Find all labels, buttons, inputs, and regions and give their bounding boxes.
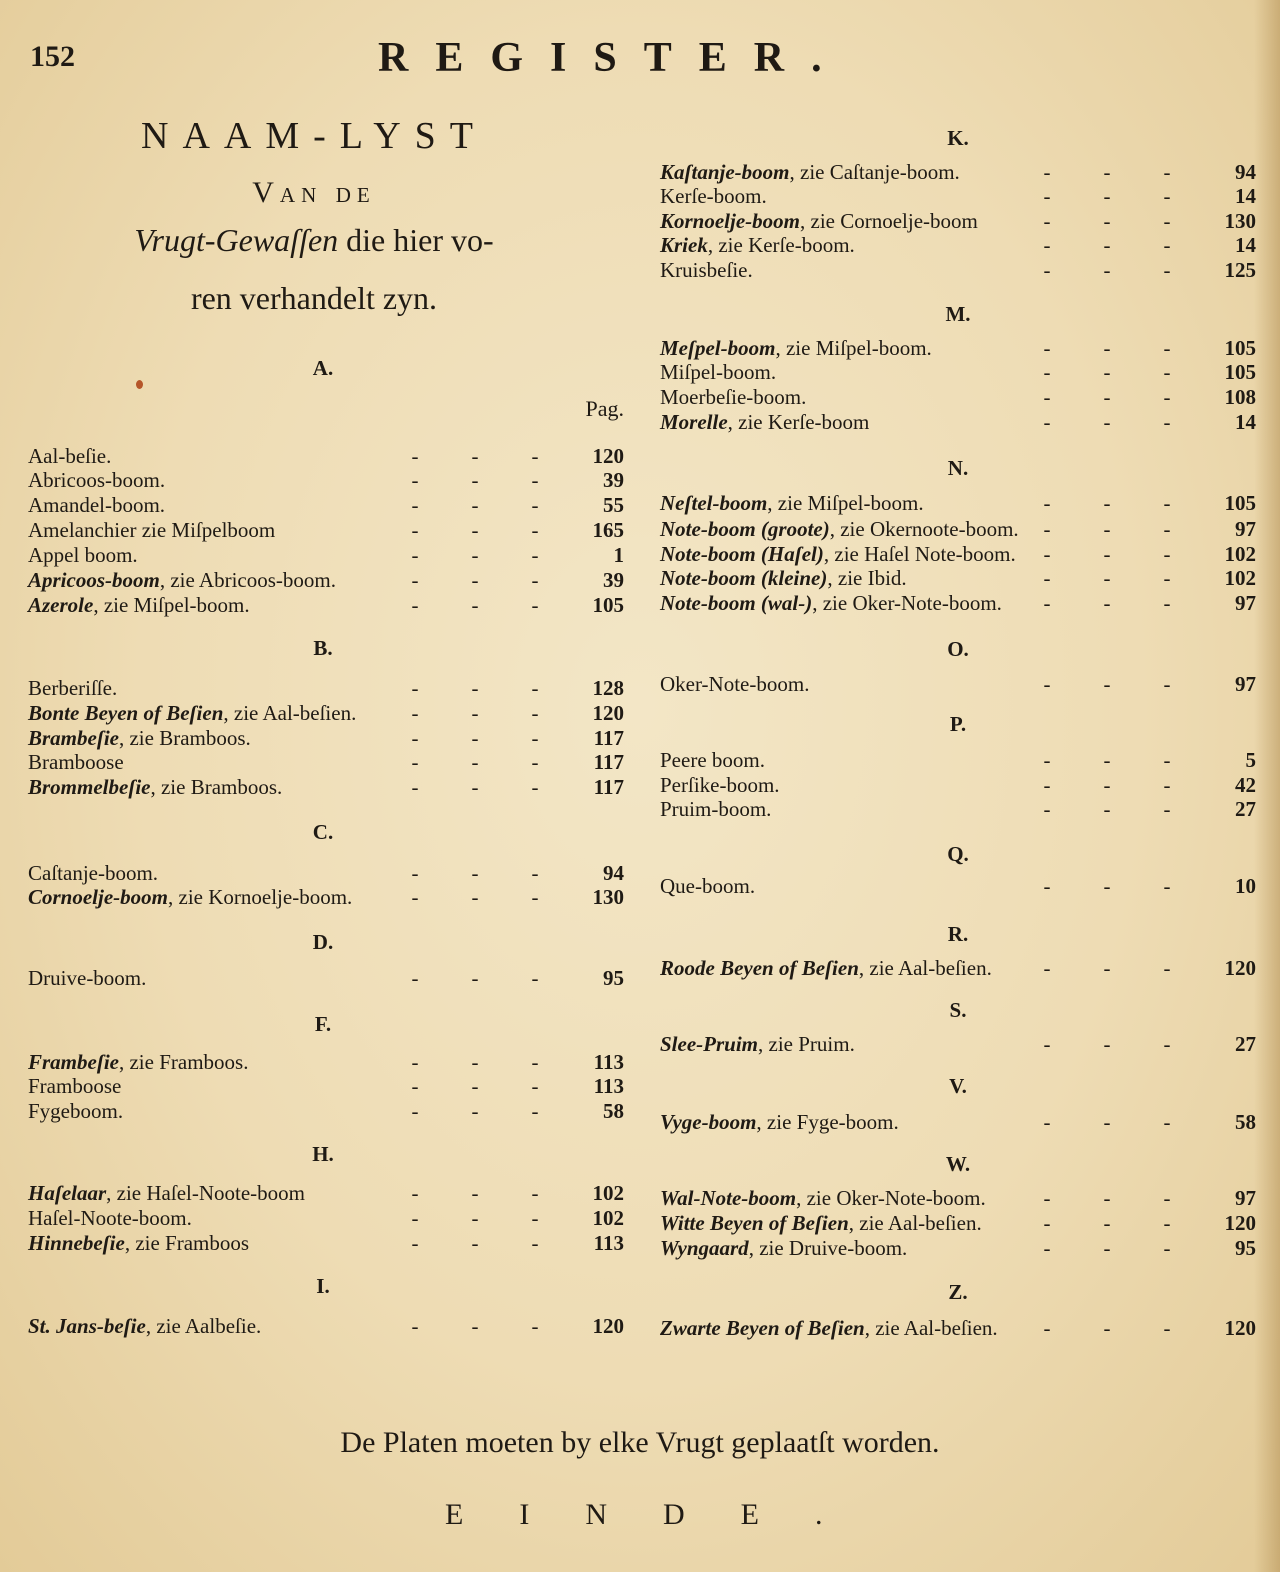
entry-italic-name: Slee-Pruim (660, 1032, 758, 1056)
entry-label: Pruim-boom. (660, 797, 771, 821)
entry-italic-name: Note-boom (Haſel) (660, 542, 824, 566)
entry-reference: , zie Aalbeſie. (146, 1314, 261, 1338)
entry-label: Amelanchier zie Miſpelboom (28, 518, 275, 542)
entry-name: Framboose (28, 1074, 121, 1098)
entry-label: Abricoos-boom. (28, 468, 165, 492)
entry-page-number: 113 (594, 1050, 624, 1074)
entry-italic-name: Kornoelje-boom (660, 209, 800, 233)
section-letter: P. (660, 712, 1256, 737)
section-letter: K. (660, 126, 1256, 151)
entry-reference: , zie Bramboos. (119, 726, 251, 750)
entry-label: Cornoelje-boom, zie Kornoelje-boom. (28, 885, 352, 909)
entry-name: Peere boom. (660, 748, 765, 772)
footer-note: De Platen moeten by elke Vrugt geplaatſt… (0, 1426, 1280, 1460)
index-entry: ---Haſel-Noote-boom.102 (28, 1206, 624, 1230)
entry-label: Druive-boom. (28, 966, 146, 990)
entry-italic-name: Roode Beyen of Beſien (660, 956, 859, 980)
index-entry: ---Amelanchier zie Miſpelboom165 (28, 518, 624, 542)
einde-label: EINDE. (445, 1498, 878, 1532)
entry-name: Moerbeſie-boom. (660, 385, 806, 409)
entry-name: Perſike-boom. (660, 773, 780, 797)
entry-italic-name: Wyngaard (660, 1236, 749, 1260)
index-entry: ---Perſike-boom.42 (660, 773, 1256, 797)
section-letter: I. (23, 1274, 623, 1299)
index-entry: ---Brommelbeſie, zie Bramboos.117 (28, 775, 624, 799)
entry-name: Fygeboom. (28, 1099, 123, 1123)
entry-label: Vyge-boom, zie Fyge-boom. (660, 1110, 899, 1134)
entry-label: Perſike-boom. (660, 773, 780, 797)
index-entry: ---Kruisbeſie.125 (660, 258, 1256, 282)
entry-label: Moerbeſie-boom. (660, 385, 806, 409)
entry-italic-name: Neſtel-boom (660, 491, 767, 515)
section-letter: F. (23, 1012, 623, 1037)
entry-label: Apricoos-boom, zie Abricoos-boom. (28, 568, 336, 592)
entry-page-number: 97 (1235, 1186, 1256, 1210)
index-entry: ---Kaſtanje-boom, zie Caſtanje-boom.94 (660, 160, 1256, 184)
entry-italic-name: Note-boom (groote) (660, 517, 830, 541)
entry-page-number: 14 (1235, 184, 1256, 208)
entry-reference: , zie Framboos (125, 1231, 249, 1255)
entry-italic-name: Kriek (660, 233, 708, 257)
entry-page-number: 165 (593, 518, 625, 542)
entry-label: Bramboose (28, 750, 124, 774)
entry-page-number: 94 (603, 861, 624, 885)
index-entry: ---Note-boom (Haſel), zie Haſel Note-boo… (660, 542, 1256, 566)
index-entry: ---Fygeboom.58 (28, 1099, 624, 1123)
entry-page-number: 97 (1235, 591, 1256, 615)
entry-label: Framboose (28, 1074, 121, 1098)
entry-italic-name: Apricoos-boom (28, 568, 160, 592)
entry-label: Amandel-boom. (28, 493, 165, 517)
entry-reference: , zie Aal-beſien. (849, 1211, 982, 1235)
entry-label: Morelle, zie Kerſe-boom (660, 410, 869, 434)
index-entry: ---Zwarte Beyen of Beſien, zie Aal-beſie… (660, 1316, 1256, 1340)
entry-page-number: 113 (594, 1231, 624, 1255)
entry-reference: , zie Miſpel-boom. (775, 336, 931, 360)
entry-page-number: 117 (594, 750, 624, 774)
index-entry: ---Miſpel-boom.105 (660, 360, 1256, 384)
entry-label: Bonte Beyen of Beſien, zie Aal-beſien. (28, 701, 356, 725)
index-entry: ---Hinnebeſie, zie Framboos113 (28, 1231, 624, 1255)
index-entry: ---Druive-boom.95 (28, 966, 624, 990)
entry-page-number: 102 (1225, 566, 1257, 590)
entry-name: Que-boom. (660, 874, 755, 898)
entry-italic-name: Frambeſie (28, 1050, 119, 1074)
entry-reference: , zie Okernoote-boom. (830, 517, 1019, 541)
entry-page-number: 97 (1235, 517, 1256, 541)
index-entry: ---Peere boom.5 (660, 748, 1256, 772)
entry-reference: , zie Oker-Note-boom. (812, 591, 1002, 615)
entry-italic-name: Witte Beyen of Beſien (660, 1211, 849, 1235)
entry-italic-name: Morelle (660, 410, 728, 434)
section-letter: D. (23, 930, 623, 955)
left-column: Pag. A.---Aal-beſie.120---Abricoos-boom.… (28, 0, 624, 1400)
entry-name: Kerſe-boom. (660, 184, 767, 208)
entry-label: Roode Beyen of Beſien, zie Aal-beſien. (660, 956, 992, 980)
entry-reference: , zie Pruim. (758, 1032, 855, 1056)
entry-reference: , zie Haſel Note-boom. (824, 542, 1016, 566)
entry-italic-name: Note-boom (kleine) (660, 566, 827, 590)
index-entry: ---St. Jans-beſie, zie Aalbeſie.120 (28, 1314, 624, 1338)
entry-label: Hinnebeſie, zie Framboos (28, 1231, 249, 1255)
entry-label: Oker-Note-boom. (660, 672, 809, 696)
entry-label: Fygeboom. (28, 1099, 123, 1123)
entry-name: Appel boom. (28, 543, 138, 567)
entry-label: Wal-Note-boom, zie Oker-Note-boom. (660, 1186, 986, 1210)
index-entry: ---Neſtel-boom, zie Miſpel-boom.105 (660, 491, 1256, 515)
index-entry: ---Haſelaar, zie Haſel-Noote-boom102 (28, 1181, 624, 1205)
entry-label: Caſtanje-boom. (28, 861, 158, 885)
section-letter: S. (660, 998, 1256, 1023)
entry-label: Azerole, zie Miſpel-boom. (28, 593, 250, 617)
entry-italic-name: Wal-Note-boom (660, 1186, 796, 1210)
entry-page-number: 105 (1225, 491, 1257, 515)
entry-page-number: 108 (1225, 385, 1257, 409)
entry-label: Note-boom (kleine), zie Ibid. (660, 566, 907, 590)
index-entry: ---Appel boom.1 (28, 543, 624, 567)
entry-label: Aal-beſie. (28, 444, 111, 468)
entry-page-number: 117 (594, 726, 624, 750)
entry-italic-name: Brommelbeſie (28, 775, 150, 799)
entry-page-number: 120 (593, 444, 625, 468)
entry-reference: , zie Haſel-Noote-boom (106, 1181, 305, 1205)
index-entry: ---Oker-Note-boom.97 (660, 672, 1256, 696)
entry-page-number: 113 (594, 1074, 624, 1098)
index-entry: ---Kriek, zie Kerſe-boom.14 (660, 233, 1256, 257)
entry-label: Que-boom. (660, 874, 755, 898)
entry-label: Kaſtanje-boom, zie Caſtanje-boom. (660, 160, 960, 184)
entry-name: Pruim-boom. (660, 797, 771, 821)
page-edge-shadow (1254, 0, 1280, 1572)
entry-label: Slee-Pruim, zie Pruim. (660, 1032, 855, 1056)
index-entry: ---Wal-Note-boom, zie Oker-Note-boom.97 (660, 1186, 1256, 1210)
entry-name: Aal-beſie. (28, 444, 111, 468)
entry-label: Brommelbeſie, zie Bramboos. (28, 775, 282, 799)
index-entry: ---Que-boom.10 (660, 874, 1256, 898)
entry-page-number: 27 (1235, 1032, 1256, 1056)
section-letter: A. (23, 356, 623, 381)
entry-label: Meſpel-boom, zie Miſpel-boom. (660, 336, 932, 360)
entry-page-number: 130 (1225, 209, 1257, 233)
entry-italic-name: Meſpel-boom (660, 336, 775, 360)
entry-page-number: 95 (1235, 1236, 1256, 1260)
entry-page-number: 94 (1235, 160, 1256, 184)
index-entry: ---Witte Beyen of Beſien, zie Aal-beſien… (660, 1211, 1256, 1235)
index-entry: ---Aal-beſie.120 (28, 444, 624, 468)
entry-name: Druive-boom. (28, 966, 146, 990)
section-letter: H. (23, 1142, 623, 1167)
entry-italic-name: Kaſtanje-boom (660, 160, 790, 184)
entry-page-number: 120 (1225, 956, 1257, 980)
entry-label: Kriek, zie Kerſe-boom. (660, 233, 855, 257)
section-letter: O. (660, 637, 1256, 662)
entry-page-number: 14 (1235, 233, 1256, 257)
entry-page-number: 105 (1225, 336, 1257, 360)
entry-page-number: 39 (603, 468, 624, 492)
entry-reference: , zie Kornoelje-boom. (168, 885, 352, 909)
entry-page-number: 102 (593, 1181, 625, 1205)
entry-label: Kornoelje-boom, zie Cornoelje-boom (660, 209, 978, 233)
index-entry: ---Slee-Pruim, zie Pruim.27 (660, 1032, 1256, 1056)
entry-page-number: 102 (1225, 542, 1257, 566)
entry-italic-name: Vyge-boom (660, 1110, 756, 1134)
entry-page-number: 120 (593, 1314, 625, 1338)
section-letter: B. (23, 636, 623, 661)
entry-page-number: 105 (593, 593, 625, 617)
entry-name: Oker-Note-boom. (660, 672, 809, 696)
section-letter: N. (660, 456, 1256, 481)
index-entry: ---Note-boom (groote), zie Okernoote-boo… (660, 517, 1256, 541)
entry-reference: , zie Aal-beſien. (223, 701, 356, 725)
entry-italic-name: Azerole (28, 593, 93, 617)
index-entry: ---Apricoos-boom, zie Abricoos-boom.39 (28, 568, 624, 592)
entry-page-number: 55 (603, 493, 624, 517)
entry-italic-name: St. Jans-beſie (28, 1314, 146, 1338)
index-entry: ---Amandel-boom.55 (28, 493, 624, 517)
entry-reference: , zie Fyge-boom. (756, 1110, 898, 1134)
entry-italic-name: Hinnebeſie (28, 1231, 125, 1255)
index-entry: ---Abricoos-boom.39 (28, 468, 624, 492)
entry-reference: , zie Miſpel-boom. (767, 491, 923, 515)
index-entry: ---Morelle, zie Kerſe-boom14 (660, 410, 1256, 434)
index-entry: ---Cornoelje-boom, zie Kornoelje-boom.13… (28, 885, 624, 909)
entry-label: Zwarte Beyen of Beſien, zie Aal-beſien. (660, 1316, 998, 1340)
entry-name: Miſpel-boom. (660, 360, 776, 384)
entry-name: Berberiſſe. (28, 676, 117, 700)
pag-label: Pag. (586, 396, 625, 422)
entry-reference: , zie Ibid. (827, 566, 906, 590)
entry-page-number: 14 (1235, 410, 1256, 434)
entry-page-number: 10 (1235, 874, 1256, 898)
entry-reference: , zie Cornoelje-boom (800, 209, 978, 233)
entry-label: Haſel-Noote-boom. (28, 1206, 192, 1230)
entry-label: Wyngaard, zie Druive-boom. (660, 1236, 907, 1260)
entry-label: Brambeſie, zie Bramboos. (28, 726, 251, 750)
entry-name: Abricoos-boom. (28, 468, 165, 492)
entry-page-number: 120 (1225, 1211, 1257, 1235)
entry-page-number: 105 (1225, 360, 1257, 384)
section-letter: Q. (660, 842, 1256, 867)
entry-page-number: 125 (1225, 258, 1257, 282)
entry-page-number: 42 (1235, 773, 1256, 797)
entry-reference: , zie Aal-beſien. (859, 956, 992, 980)
index-entry: ---Wyngaard, zie Druive-boom.95 (660, 1236, 1256, 1260)
entry-name: Haſel-Noote-boom. (28, 1206, 192, 1230)
entry-name: Caſtanje-boom. (28, 861, 158, 885)
entry-page-number: 120 (1225, 1316, 1257, 1340)
entry-italic-name: Cornoelje-boom (28, 885, 168, 909)
index-entry: ---Bonte Beyen of Beſien, zie Aal-beſien… (28, 701, 624, 725)
entry-reference: , zie Framboos. (119, 1050, 248, 1074)
entry-italic-name: Zwarte Beyen of Beſien (660, 1316, 865, 1340)
entry-italic-name: Haſelaar (28, 1181, 106, 1205)
entry-italic-name: Brambeſie (28, 726, 119, 750)
entry-name: Kruisbeſie. (660, 258, 753, 282)
entry-reference: , zie Miſpel-boom. (93, 593, 249, 617)
entry-label: Witte Beyen of Beſien, zie Aal-beſien. (660, 1211, 982, 1235)
entry-page-number: 128 (593, 676, 625, 700)
section-letter: V. (660, 1074, 1256, 1099)
entry-reference: , zie Kerſe-boom. (708, 233, 855, 257)
entry-name: Bramboose (28, 750, 124, 774)
index-entry: ---Vyge-boom, zie Fyge-boom.58 (660, 1110, 1256, 1134)
entry-label: Neſtel-boom, zie Miſpel-boom. (660, 491, 924, 515)
entry-label: Note-boom (wal-), zie Oker-Note-boom. (660, 591, 1002, 615)
section-letter: M. (660, 302, 1256, 327)
entry-label: Frambeſie, zie Framboos. (28, 1050, 248, 1074)
entry-label: Haſelaar, zie Haſel-Noote-boom (28, 1181, 305, 1205)
entry-reference: , zie Abricoos-boom. (160, 568, 336, 592)
entry-page-number: 58 (1235, 1110, 1256, 1134)
entry-page-number: 97 (1235, 672, 1256, 696)
index-entry: ---Kerſe-boom.14 (660, 184, 1256, 208)
entry-page-number: 1 (614, 543, 625, 567)
section-letter: R. (660, 922, 1256, 947)
entry-label: Berberiſſe. (28, 676, 117, 700)
index-entry: ---Roode Beyen of Beſien, zie Aal-beſien… (660, 956, 1256, 980)
entry-reference: , zie Bramboos. (150, 775, 282, 799)
index-entry: ---Note-boom (kleine), zie Ibid.102 (660, 566, 1256, 590)
index-entry: ---Brambeſie, zie Bramboos.117 (28, 726, 624, 750)
entry-page-number: 117 (594, 775, 624, 799)
index-entry: ---Berberiſſe.128 (28, 676, 624, 700)
entry-name: Amelanchier zie Miſpelboom (28, 518, 275, 542)
entry-label: St. Jans-beſie, zie Aalbeſie. (28, 1314, 261, 1338)
section-letter: Z. (660, 1280, 1256, 1305)
right-column: K.---Kaſtanje-boom, zie Caſtanje-boom.94… (660, 0, 1256, 1400)
entry-name: Amandel-boom. (28, 493, 165, 517)
entry-page-number: 58 (603, 1099, 624, 1123)
index-entry: ---Meſpel-boom, zie Miſpel-boom.105 (660, 336, 1256, 360)
index-entry: ---Frambeſie, zie Framboos.113 (28, 1050, 624, 1074)
entry-page-number: 102 (593, 1206, 625, 1230)
entry-page-number: 95 (603, 966, 624, 990)
index-entry: ---Azerole, zie Miſpel-boom.105 (28, 593, 624, 617)
entry-label: Note-boom (groote), zie Okernoote-boom. (660, 517, 1019, 541)
entry-label: Note-boom (Haſel), zie Haſel Note-boom. (660, 542, 1016, 566)
index-entry: ---Note-boom (wal-), zie Oker-Note-boom.… (660, 591, 1256, 615)
index-entry: ---Framboose113 (28, 1074, 624, 1098)
entry-label: Kerſe-boom. (660, 184, 767, 208)
entry-italic-name: Note-boom (wal-) (660, 591, 812, 615)
index-entry: ---Kornoelje-boom, zie Cornoelje-boom130 (660, 209, 1256, 233)
entry-page-number: 5 (1246, 748, 1257, 772)
entry-page-number: 27 (1235, 797, 1256, 821)
index-entry: ---Caſtanje-boom.94 (28, 861, 624, 885)
entry-reference: , zie Caſtanje-boom. (790, 160, 960, 184)
entry-page-number: 120 (593, 701, 625, 725)
entry-label: Miſpel-boom. (660, 360, 776, 384)
entry-label: Kruisbeſie. (660, 258, 753, 282)
entry-reference: , zie Kerſe-boom (728, 410, 870, 434)
index-entry: ---Bramboose117 (28, 750, 624, 774)
index-entry: ---Pruim-boom.27 (660, 797, 1256, 821)
entry-reference: , zie Oker-Note-boom. (796, 1186, 986, 1210)
entry-reference: , zie Aal-beſien. (865, 1316, 998, 1340)
entry-label: Peere boom. (660, 748, 765, 772)
entry-italic-name: Bonte Beyen of Beſien (28, 701, 223, 725)
entry-page-number: 39 (603, 568, 624, 592)
section-letter: C. (23, 820, 623, 845)
entry-page-number: 130 (593, 885, 625, 909)
index-entry: ---Moerbeſie-boom.108 (660, 385, 1256, 409)
section-letter: W. (660, 1152, 1256, 1177)
entry-label: Appel boom. (28, 543, 138, 567)
entry-reference: , zie Druive-boom. (749, 1236, 908, 1260)
